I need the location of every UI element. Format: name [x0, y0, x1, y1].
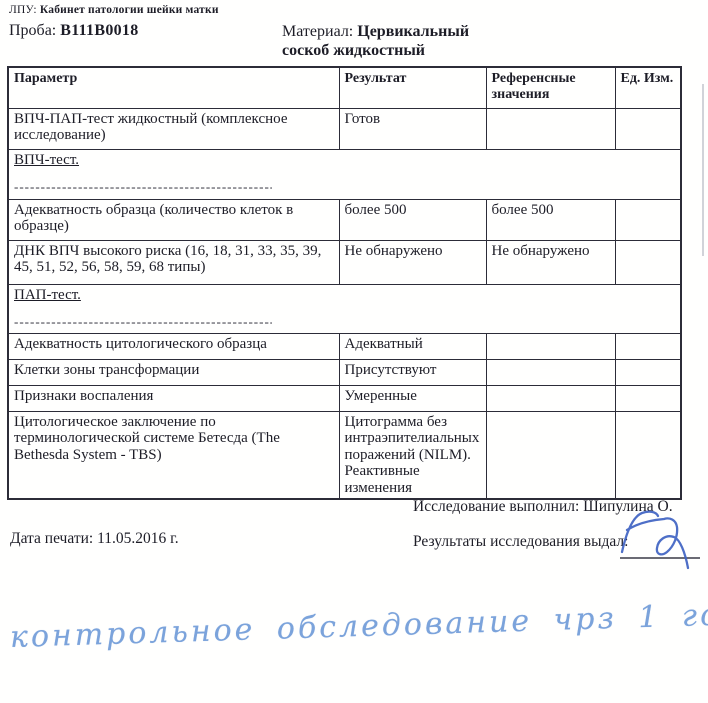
lpu-value: Кабинет патологии шейки матки: [40, 4, 219, 16]
sample-label: Проба:: [9, 22, 56, 39]
section-row: ВПЧ-тест.-------------------------------…: [8, 149, 681, 199]
header-unit: Ед. Изм.: [615, 67, 681, 108]
param-cell: Клетки зоны трансформации: [8, 359, 339, 385]
section-title: ВПЧ-тест.: [14, 152, 79, 169]
header-reference: Референсные значения: [486, 67, 615, 108]
print-date-value: 11.05.2016 г.: [97, 530, 179, 547]
header-result: Результат: [339, 67, 486, 108]
table-header-row: Параметр Результат Референсные значения …: [8, 67, 681, 108]
results-table-body: ВПЧ-ПАП-тест жидкостный (комплексное исс…: [8, 108, 681, 499]
scan-artifact-line: [702, 84, 704, 256]
table-row: ДНК ВПЧ высокого риска (16, 18, 31, 33, …: [8, 240, 681, 284]
unit-cell: [615, 359, 681, 385]
param-cell: Признаки воспаления: [8, 385, 339, 411]
issued-label: Результаты исследования выдал:: [413, 533, 628, 550]
result-cell: более 500: [339, 199, 486, 240]
handwritten-note: контрольное обследование чрз 1 год: [9, 599, 690, 655]
unit-cell: [615, 108, 681, 149]
result-cell: Не обнаружено: [339, 240, 486, 284]
section-cell: ВПЧ-тест.-------------------------------…: [8, 149, 681, 199]
result-cell: Готов: [339, 108, 486, 149]
unit-cell: [615, 199, 681, 240]
section-title: ПАП-тест.: [14, 287, 81, 304]
param-cell: ДНК ВПЧ высокого риска (16, 18, 31, 33, …: [8, 240, 339, 284]
table-row: Признаки воспаленияУмеренные: [8, 385, 681, 411]
header-param: Параметр: [8, 67, 339, 108]
issued-line: Результаты исследования выдал:: [413, 533, 628, 551]
section-dashes: ----------------------------------------…: [14, 179, 272, 196]
ref-cell: [486, 108, 615, 149]
unit-cell: [615, 240, 681, 284]
unit-cell: [615, 333, 681, 359]
sample-line: Проба: B111B0018: [9, 22, 139, 40]
result-cell: Цитограмма без интраэпителиальных пораже…: [339, 411, 486, 499]
sample-value: B111B0018: [60, 22, 138, 39]
ref-cell: [486, 385, 615, 411]
section-row: ПАП-тест.-------------------------------…: [8, 284, 681, 333]
material-line: Материал: Цервикальный соскоб жидкостный: [282, 22, 498, 60]
result-cell: Умеренные: [339, 385, 486, 411]
lpu-line: ЛПУ: Кабинет патологии шейки матки: [9, 4, 219, 16]
section-cell: ПАП-тест.-------------------------------…: [8, 284, 681, 333]
print-date-label: Дата печати:: [10, 530, 93, 547]
ref-cell: [486, 411, 615, 499]
lab-report-page: ЛПУ: Кабинет патологии шейки матки Проба…: [0, 0, 708, 703]
performed-label: Исследование выполнил:: [413, 498, 579, 515]
unit-cell: [615, 385, 681, 411]
ref-cell: [486, 333, 615, 359]
results-table: Параметр Результат Референсные значения …: [7, 66, 682, 500]
result-cell: Присутствуют: [339, 359, 486, 385]
param-cell: Адекватность образца (количество клеток …: [8, 199, 339, 240]
table-row: Адекватность цитологического образцаАдек…: [8, 333, 681, 359]
table-row: ВПЧ-ПАП-тест жидкостный (комплексное исс…: [8, 108, 681, 149]
param-cell: ВПЧ-ПАП-тест жидкостный (комплексное исс…: [8, 108, 339, 149]
print-date-line: Дата печати: 11.05.2016 г.: [10, 530, 179, 548]
param-cell: Цитологическое заключение по терминологи…: [8, 411, 339, 499]
param-cell: Адекватность цитологического образца: [8, 333, 339, 359]
unit-cell: [615, 411, 681, 499]
table-row: Цитологическое заключение по терминологи…: [8, 411, 681, 499]
lpu-label: ЛПУ:: [9, 4, 37, 16]
material-label: Материал:: [282, 23, 353, 40]
ref-cell: более 500: [486, 199, 615, 240]
signature-icon: [608, 500, 708, 574]
table-row: Клетки зоны трансформацииПрисутствуют: [8, 359, 681, 385]
ref-cell: Не обнаружено: [486, 240, 615, 284]
section-dashes: ----------------------------------------…: [14, 314, 272, 331]
table-row: Адекватность образца (количество клеток …: [8, 199, 681, 240]
ref-cell: [486, 359, 615, 385]
result-cell: Адекватный: [339, 333, 486, 359]
